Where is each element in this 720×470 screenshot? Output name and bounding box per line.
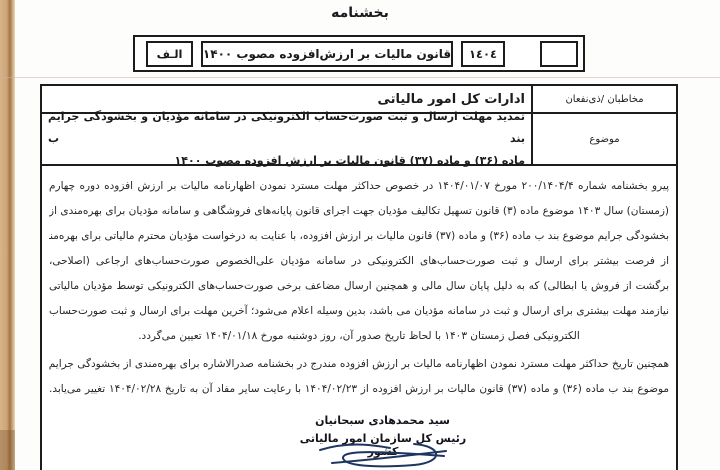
year-box: ١٤٠٤ bbox=[461, 41, 505, 67]
subject-label: موضوع bbox=[531, 114, 676, 164]
body-text: پیرو بخشنامه شماره ۲۰۰/۱۴۰۴/۴ مورخ ۱۴۰۴/… bbox=[42, 166, 676, 402]
subject-text-line-2: ماده (۳۶) و ماده (۳۷) قانون مالیات بر ار… bbox=[48, 150, 525, 172]
scan-fold-line bbox=[0, 77, 720, 78]
body-line: نیازمند مهلت بیشتری برای ارسال و ثبت در … bbox=[49, 299, 669, 324]
body-line: موضوع بند ب ماده (۳۶) و ماده (۳۷) قانون … bbox=[49, 377, 669, 402]
classification-box: الـف bbox=[146, 41, 193, 67]
signatory-name: سید محمدهادی سبحانیان bbox=[300, 414, 465, 427]
circular-document-page: { "page": { "title": "بخشنامه" }, "heade… bbox=[0, 0, 720, 470]
body-line: برگشت از فروش یا ابطالی) که به دلیل پایا… bbox=[49, 274, 669, 299]
circular-table: مخاطبان /ذی‌نفعان ادارات کل امور مالیاتی… bbox=[40, 84, 678, 470]
serial-empty-box bbox=[540, 41, 578, 67]
signature-scribble bbox=[318, 437, 450, 470]
body-line: بخشودگی جرایم موضوع بند ب ماده (۳۶) و ما… bbox=[49, 224, 669, 249]
page-edge-strip bbox=[0, 0, 15, 470]
body-line: (زمستان) سال ۱۴۰۳ موضوع ماده (۳) قانون ت… bbox=[49, 199, 669, 224]
body-line: همچنین تاریخ حداکثر مهلت مسترد نمودن اظه… bbox=[49, 352, 669, 377]
body-line: از فرصت بیشتر برای ارسال و ثبت صورت‌حساب… bbox=[49, 249, 669, 274]
recipients-value: ادارات کل امور مالیاتی bbox=[48, 92, 525, 107]
subject-text-line-1: تمدید مهلت ارسال و ثبت صورت‌حساب الکترون… bbox=[48, 106, 525, 150]
body-line: پیرو بخشنامه شماره ۲۰۰/۱۴۰۴/۴ مورخ ۱۴۰۴/… bbox=[49, 174, 669, 199]
subject-row: موضوع تمدید مهلت ارسال و ثبت صورت‌حساب ا… bbox=[42, 114, 676, 166]
recipients-label: مخاطبان /ذی‌نفعان bbox=[531, 86, 676, 112]
document-title: بخشنامه bbox=[0, 5, 720, 21]
body-line: الکترونیکی فصل زمستان ۱۴۰۳ با لحاظ تاریخ… bbox=[49, 324, 669, 349]
law-title-box: قانون مالیات بر ارزش‌افزوده مصوب ۱۴۰۰ bbox=[201, 41, 453, 67]
header-reference-row: الـف قانون مالیات بر ارزش‌افزوده مصوب ۱۴… bbox=[133, 35, 585, 72]
